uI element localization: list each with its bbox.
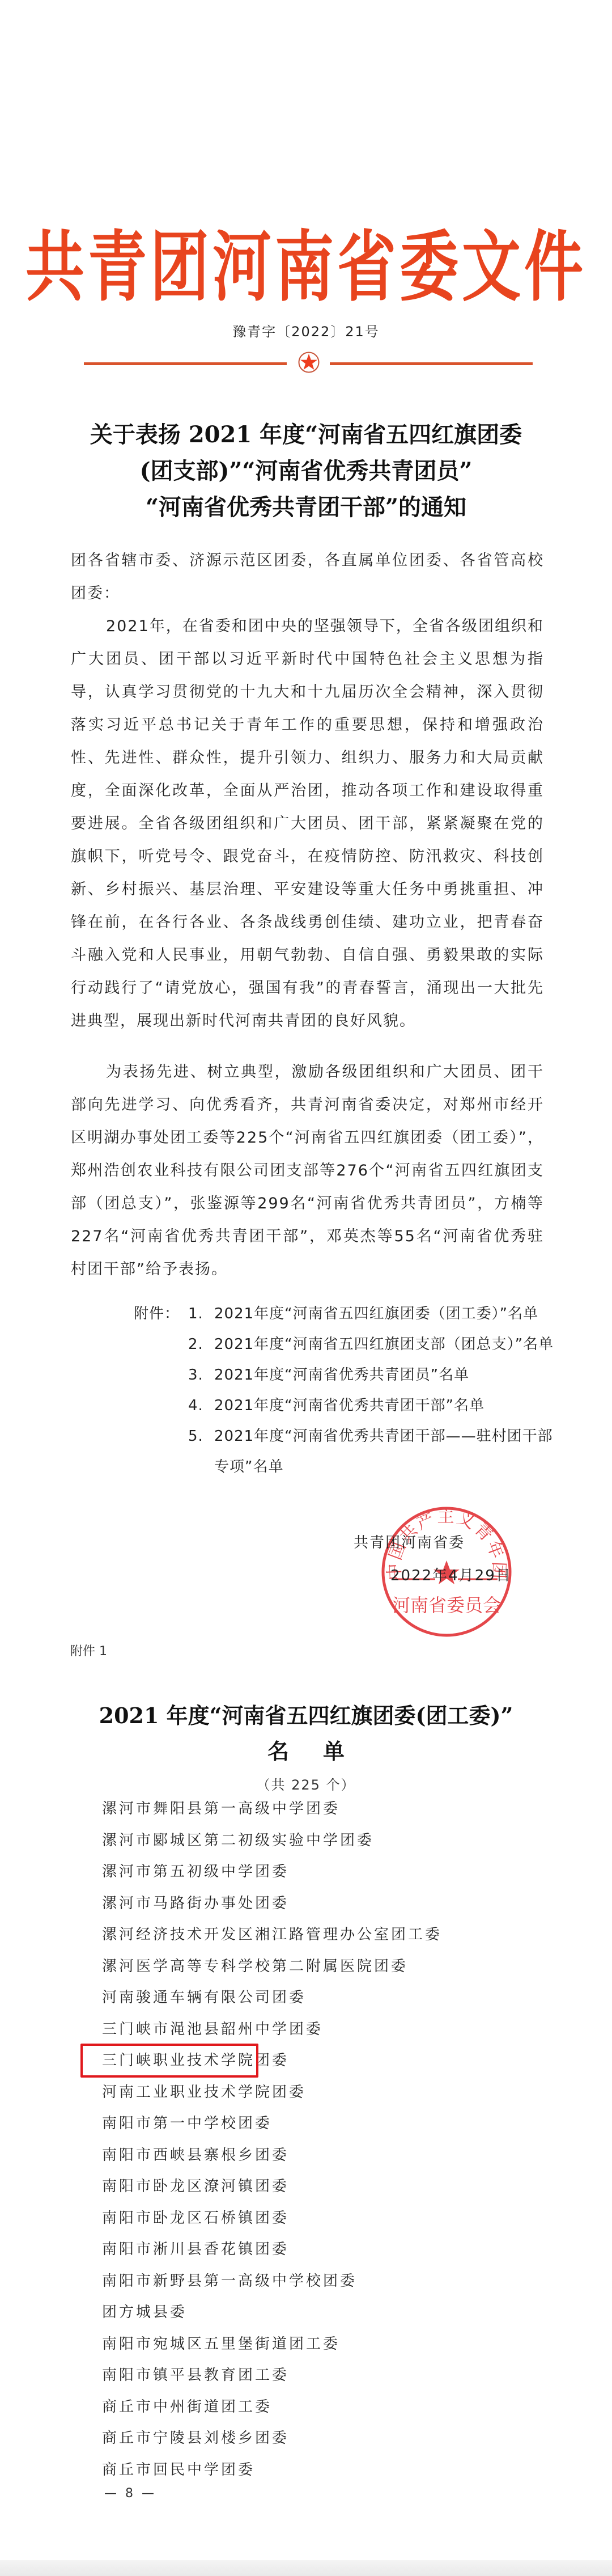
list-item: 商丘市中州街道团工委	[102, 2392, 533, 2423]
attachments-label: 附件：	[134, 1298, 180, 1329]
body-paragraph-1: 2021年，在省委和团中央的坚强领导下，全省各级团组织和广大团员、团干部以习近平…	[71, 610, 544, 1038]
divider-line-right	[330, 362, 533, 365]
list-item: 河南工业职业技术学院团委	[102, 2077, 533, 2109]
title-line-3: “河南省优秀共青团干部”的通知	[57, 489, 555, 526]
document-number: 豫青字〔2022〕21号	[0, 320, 612, 340]
list-item: 漯河市马路街办事处团委	[102, 1888, 533, 1920]
list-item: 南阳市镇平县教育团工委	[102, 2360, 533, 2392]
masthead-title: 共青团河南省委文件	[0, 215, 612, 319]
title-line-1: 关于表扬 2021 年度“河南省五四红旗团委	[57, 417, 555, 453]
page-number: — 8 —	[104, 2486, 156, 2501]
organization-list: 漯河市舞阳县第一高级中学团委 漯河市郾城区第二初级实验中学团委 漯河市第五初级中…	[102, 1794, 533, 2486]
signature-date: 2022年4月29日	[390, 1564, 512, 1585]
list-item: 南阳市西峡县寨根乡团委	[102, 2140, 533, 2172]
star-emblem-icon	[297, 351, 320, 374]
body-paragraph-2: 为表扬先进、树立典型，激励各级团组织和广大团员、团干部向先进学习、向优秀看齐，共…	[71, 1056, 544, 1286]
list-item: 漯河医学高等专科学校第二附属医院团委	[102, 1951, 533, 1983]
title-line-2: (团支部)”“河南省优秀共青团员”	[57, 453, 555, 489]
attachment-item: 2.2021年度“河南省五四红旗团支部（团总支）”名单	[188, 1329, 562, 1360]
salutation: 团各省辖市委、济源示范区团委，各直属单位团委、各省管高校团委：	[71, 544, 544, 610]
list-item: 三门峡市渑池县韶州中学团委	[102, 2014, 533, 2046]
list-item: 团方城县委	[102, 2297, 533, 2329]
attachment-1-label: 附件 1	[70, 1642, 107, 1659]
highlight-box	[80, 2044, 258, 2078]
salutation-text: 团各省辖市委、济源示范区团委，各直属单位团委、各省管高校团委：	[71, 544, 544, 610]
list-item: 漯河市郾城区第二初级实验中学团委	[102, 1825, 533, 1857]
paragraph-1-text: 2021年，在省委和团中央的坚强领导下，全省各级团组织和广大团员、团干部以习近平…	[71, 610, 544, 1038]
list-item: 南阳市卧龙区石桥镇团委	[102, 2203, 533, 2235]
signature-org: 共青团河南省委	[354, 1531, 465, 1552]
attachment-item: 4.2021年度“河南省优秀共青团干部”名单	[188, 1390, 562, 1421]
list-item: 商丘市回民中学团委	[102, 2455, 533, 2486]
attachment-item: 1.2021年度“河南省五四红旗团委（团工委）”名单	[188, 1298, 562, 1329]
list-item: 商丘市宁陵县刘楼乡团委	[102, 2423, 533, 2455]
list-item: 南阳市淅川县香花镇团委	[102, 2234, 533, 2266]
list-item: 南阳市宛城区五里堡街道团工委	[102, 2329, 533, 2361]
list-item: 漯河经济技术开发区湘江路管理办公室团工委	[102, 1919, 533, 1951]
list-item: 漯河市舞阳县第一高级中学团委	[102, 1794, 533, 1825]
attachment-1-count: （共 225 个）	[0, 1774, 612, 1794]
attachment-item: 3.2021年度“河南省优秀共青团员”名单	[188, 1360, 562, 1390]
list-item: 河南骏通车辆有限公司团委	[102, 1982, 533, 2014]
seal-bottom-text: 河南省委员会	[392, 1594, 501, 1616]
list-item: 南阳市卧龙区潦河镇团委	[102, 2171, 533, 2203]
document-page: 共青团河南省委文件 豫青字〔2022〕21号 关于表扬 2021 年度“河南省五…	[0, 0, 612, 2576]
header-divider	[84, 351, 533, 375]
divider-line-left	[84, 362, 287, 365]
page-bottom-edge	[0, 2560, 612, 2576]
paragraph-2-text: 为表扬先进、树立典型，激励各级团组织和广大团员、团干部向先进学习、向优秀看齐，共…	[71, 1056, 544, 1286]
attachment-1-subtitle: 名单	[0, 1734, 612, 1765]
list-item: 南阳市第一中学校团委	[102, 2108, 533, 2140]
attachment-item: 5.2021年度“河南省优秀共青团干部——驻村团干部专项”名单	[188, 1421, 562, 1482]
list-item: 漯河市第五初级中学团委	[102, 1856, 533, 1888]
list-item: 南阳市新野县第一高级中学校团委	[102, 2266, 533, 2298]
attachment-1-title: 2021 年度“河南省五四红旗团委(团工委)”	[57, 1698, 555, 1729]
notice-title: 关于表扬 2021 年度“河南省五四红旗团委 (团支部)”“河南省优秀共青团员”…	[57, 417, 555, 526]
